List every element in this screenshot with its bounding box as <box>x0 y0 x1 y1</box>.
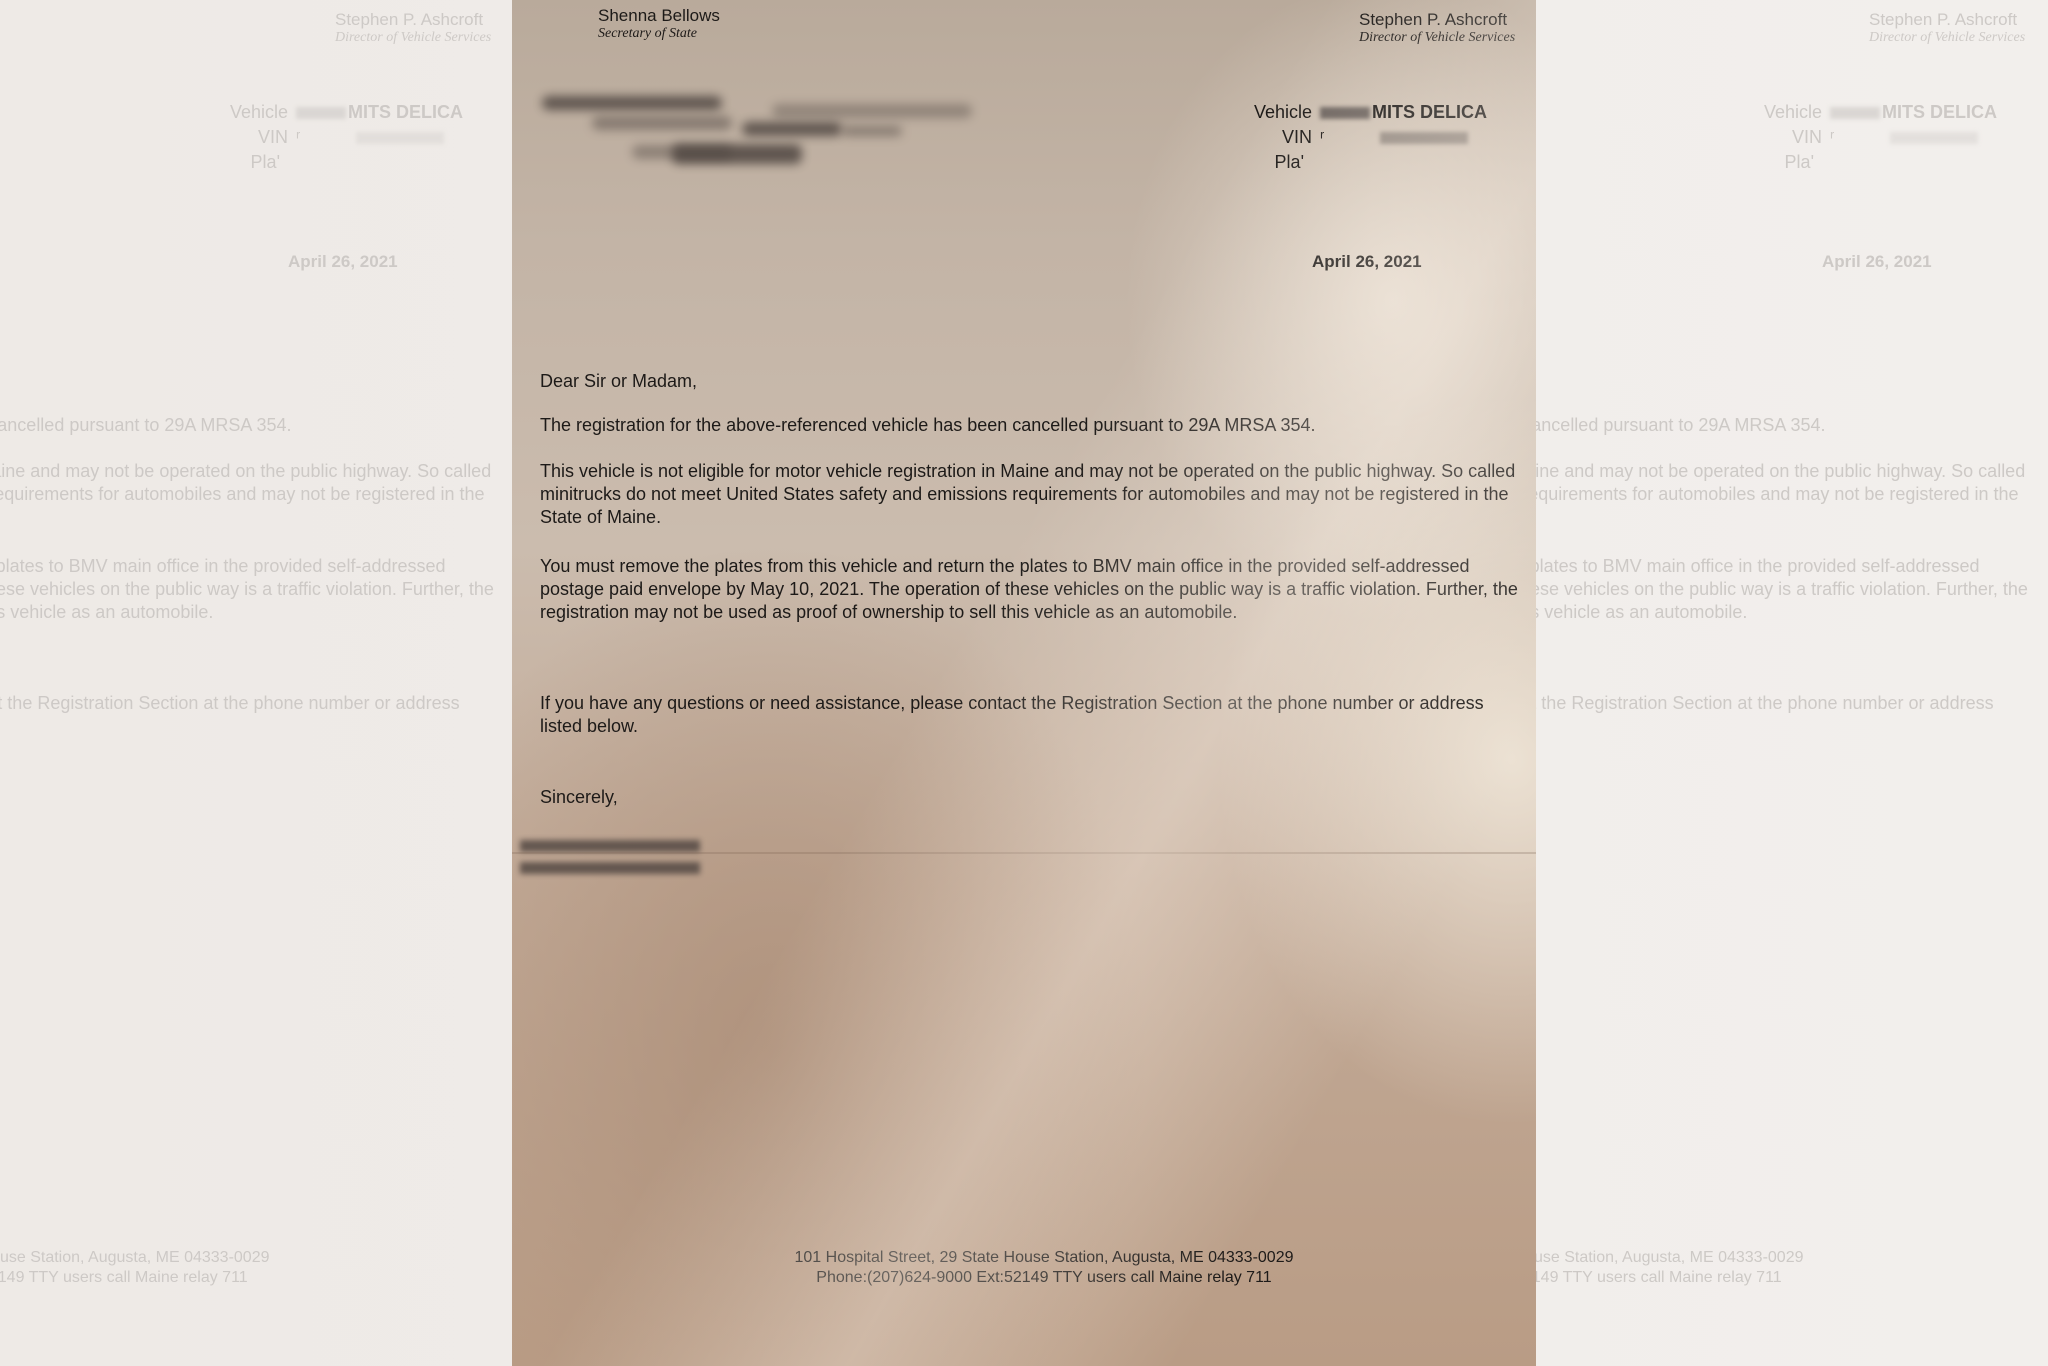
secretary-name: Shenna Bellows <box>598 6 720 26</box>
letter-date: April 26, 2021 <box>1312 252 1422 272</box>
vin-row: VIN ʳ <box>1742 125 1997 150</box>
director-name: Stephen P. Ashcroft <box>335 10 491 30</box>
redaction-bar <box>520 840 700 852</box>
vin-value: ʳ <box>1830 125 1890 150</box>
plate-label: Pla' <box>208 150 288 175</box>
director-title: Director of Vehicle Services <box>1869 30 2025 46</box>
letter-photo: Shenna Bellows Secretary of State Stephe… <box>512 0 1536 1366</box>
vin-value: ʳ <box>1320 125 1380 150</box>
redaction-bar <box>1380 132 1468 144</box>
paragraph-plate-return: You must remove the plates from this veh… <box>0 555 506 624</box>
vehicle-info: Vehicle MITS DELICA VIN ʳ Pla' <box>1742 100 1997 175</box>
paragraph-cancellation: The registration for the above-reference… <box>0 414 506 437</box>
vin-row: VIN ʳ <box>1232 125 1487 150</box>
redaction-bar <box>1830 107 1880 119</box>
closing: Sincerely, <box>0 786 506 809</box>
secretary-title: Secretary of State <box>598 26 720 42</box>
footer: 101 Hospital Street, 29 State House Stat… <box>512 1248 1536 1288</box>
letter-date: April 26, 2021 <box>288 252 398 272</box>
director-title: Director of Vehicle Services <box>335 30 491 46</box>
director-name: Stephen P. Ashcroft <box>1869 10 2025 30</box>
letter-document: Shenna Bellows Secretary of State Stephe… <box>512 0 1536 1366</box>
redaction-bar <box>520 862 700 874</box>
redaction-bar <box>296 107 346 119</box>
plate-row: Pla' <box>1742 150 1997 175</box>
paragraph-contact: If you have any questions or need assist… <box>0 692 506 738</box>
footer-address: 101 Hospital Street, 29 State House Stat… <box>512 1248 1536 1268</box>
redaction-bar <box>1320 107 1370 119</box>
redaction-bar <box>592 116 732 130</box>
director-name: Stephen P. Ashcroft <box>1359 10 1515 30</box>
vehicle-label: Vehicle <box>1742 100 1830 125</box>
redaction-bar <box>356 132 444 144</box>
vehicle-value: MITS DELICA <box>1882 100 1997 125</box>
footer: 101 Hospital Street, 29 State House Stat… <box>0 1248 552 1288</box>
redaction-bar <box>742 122 842 136</box>
vehicle-info: Vehicle MITS DELICA VIN ʳ Pla' <box>208 100 463 175</box>
letterhead-secretary: Shenna Bellows Secretary of State <box>598 6 720 42</box>
redaction-bar <box>542 96 722 110</box>
letterhead-director: Stephen P. Ashcroft Director of Vehicle … <box>1359 10 1515 46</box>
vin-row: VIN ʳ <box>208 125 463 150</box>
letterhead-director: Stephen P. Ashcroft Director of Vehicle … <box>335 10 491 46</box>
vehicle-value: MITS DELICA <box>348 100 463 125</box>
vehicle-label: Vehicle <box>1232 100 1320 125</box>
redaction-bar <box>1890 132 1978 144</box>
vin-label: VIN <box>1232 125 1320 150</box>
paragraph-cancellation: The registration for the above-reference… <box>540 414 1530 437</box>
plate-label: Pla' <box>1232 150 1312 175</box>
footer-phone: Phone:(207)624-9000 Ext:52149 TTY users … <box>512 1268 1536 1288</box>
vin-label: VIN <box>208 125 296 150</box>
salutation: Dear Sir or Madam, <box>540 370 1530 393</box>
salutation: Dear Sir or Madam, <box>0 370 506 393</box>
paragraph-ineligibility: This vehicle is not eligible for motor v… <box>0 460 506 529</box>
vin-value: ʳ <box>296 125 356 150</box>
letterhead-director: Stephen P. Ashcroft Director of Vehicle … <box>1869 10 2025 46</box>
closing: Sincerely, <box>540 786 1530 809</box>
plate-row: Pla' <box>208 150 463 175</box>
paragraph-ineligibility: This vehicle is not eligible for motor v… <box>540 460 1530 529</box>
paragraph-contact: If you have any questions or need assist… <box>540 692 1530 738</box>
vehicle-row: Vehicle MITS DELICA <box>1742 100 1997 125</box>
vehicle-row: Vehicle MITS DELICA <box>208 100 463 125</box>
paragraph-plate-return: You must remove the plates from this veh… <box>540 555 1530 624</box>
director-title: Director of Vehicle Services <box>1359 30 1515 46</box>
vin-label: VIN <box>1742 125 1830 150</box>
vehicle-info: Vehicle MITS DELICA VIN ʳ Pla' <box>1232 100 1487 175</box>
paper-fold-line <box>512 852 1536 854</box>
faded-letter-left: Shenna Bellows Secretary of State Stephe… <box>0 0 512 1366</box>
vehicle-label: Vehicle <box>208 100 296 125</box>
footer-address: 101 Hospital Street, 29 State House Stat… <box>0 1248 552 1268</box>
footer-phone: Phone:(207)624-9000 Ext:52149 TTY users … <box>0 1268 552 1288</box>
plate-row: Pla' <box>1232 150 1487 175</box>
plate-label: Pla' <box>1742 150 1822 175</box>
vehicle-row: Vehicle MITS DELICA <box>1232 100 1487 125</box>
redaction-bar <box>672 144 802 164</box>
letter-date: April 26, 2021 <box>1822 252 1932 272</box>
redaction-bar <box>842 126 902 136</box>
vehicle-value: MITS DELICA <box>1372 100 1487 125</box>
redaction-bar <box>772 104 972 118</box>
